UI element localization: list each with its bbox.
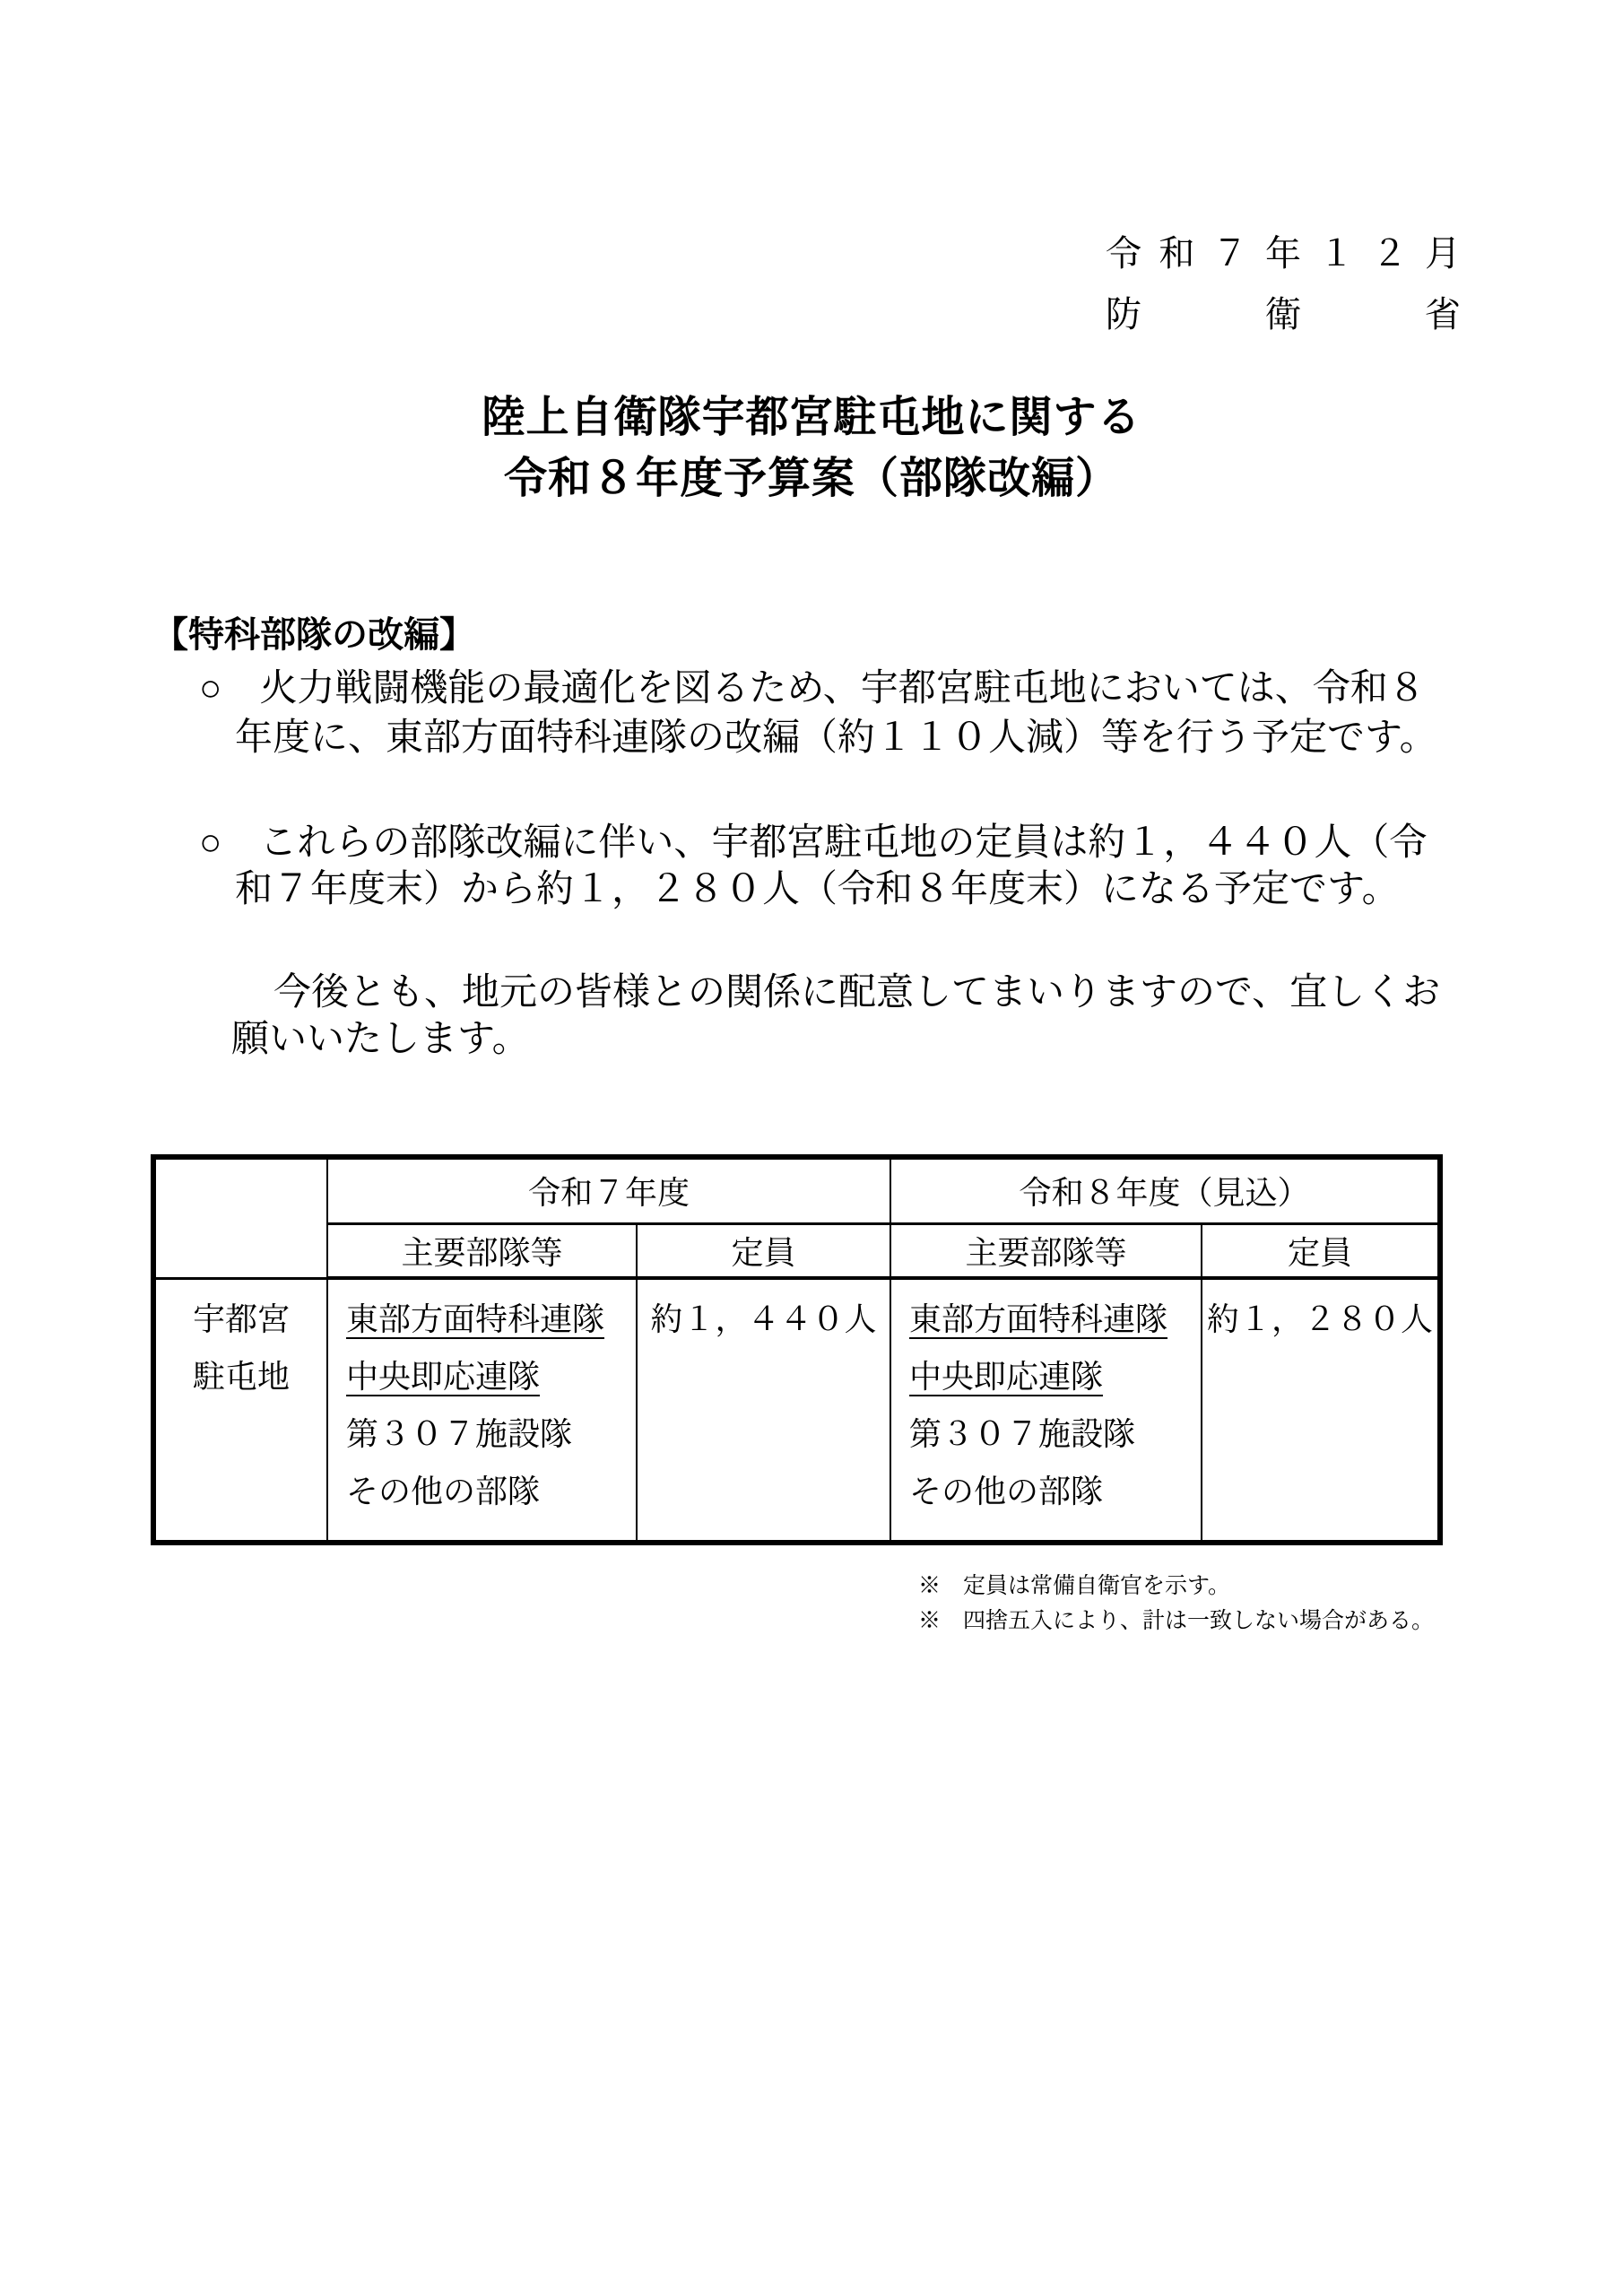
unit-name: 第３０７施設隊 — [346, 1405, 636, 1463]
bullet-2-line-1: ○ これらの部隊改編に伴い、宇都宮駐屯地の定員は約１，４４０人（令 — [199, 822, 1427, 865]
unit-name: その他の部隊 — [346, 1463, 636, 1520]
budget-table: 令和７年度 令和８年度（見込） 主要部隊等 定員 主要部隊等 定員 宇都宮 駐屯… — [151, 1154, 1443, 1545]
r7-units-subheader: 主要部隊等 — [327, 1223, 637, 1278]
closing-line-2: 願いいたします。 — [231, 1018, 530, 1061]
footnote-2: ※ 四捨五入により、計は一致しない場合がある。 — [918, 1607, 1434, 1636]
unit-name: 中央即応連隊 — [346, 1348, 636, 1405]
r7-capacity-cell: 約１，４４０人 — [637, 1278, 890, 1543]
r8-units-cell: 東部方面特科連隊 中央即応連隊 第３０７施設隊 その他の部隊 — [890, 1278, 1202, 1543]
r8-capacity-subheader: 定員 — [1202, 1223, 1440, 1278]
unit-name: 東部方面特科連隊 — [346, 1291, 636, 1348]
r7-year-header: 令和７年度 — [327, 1157, 890, 1223]
footnote-1: ※ 定員は常備自衛官を示す。 — [918, 1572, 1230, 1601]
bullet-2-line-2: 和７年度末）から約１，２８０人（令和８年度末）になる予定です。 — [235, 868, 1400, 911]
r8-capacity-cell: 約１，２８０人 — [1202, 1278, 1440, 1543]
bullet-1-line-2: 年度に、東部方面特科連隊の改編（約１１０人減）等を行う予定です。 — [235, 717, 1437, 760]
unit-name: 第３０７施設隊 — [909, 1405, 1201, 1463]
table-corner-cell — [153, 1157, 327, 1278]
section-heading: 【特科部隊の改編】 — [152, 615, 475, 655]
unit-name: 東部方面特科連隊 — [909, 1291, 1201, 1348]
r8-units-subheader: 主要部隊等 — [890, 1223, 1202, 1278]
document-page: 令 和 ７ 年 １ ２ 月 防 衛 省 陸上自衛隊宇都宮駐屯地に関する 令和８年… — [0, 0, 1623, 2296]
closing-line-1: 今後とも、地元の皆様との関係に配意してまいりますので、宜しくお — [273, 971, 1440, 1014]
r8-year-header: 令和８年度（見込） — [890, 1157, 1440, 1223]
r7-units-cell: 東部方面特科連隊 中央即応連隊 第３０７施設隊 その他の部隊 — [327, 1278, 637, 1543]
doc-title-line-1: 陸上自衛隊宇都宮駐屯地に関する — [0, 395, 1623, 441]
doc-title-line-2: 令和８年度予算案（部隊改編） — [0, 456, 1623, 502]
garrison-row-header: 宇都宮 駐屯地 — [153, 1278, 327, 1543]
unit-name: 中央即応連隊 — [909, 1348, 1201, 1405]
garrison-name-line-2: 駐屯地 — [157, 1348, 325, 1405]
r7-capacity-subheader: 定員 — [637, 1223, 890, 1278]
ministry-line: 防 衛 省 — [1106, 294, 1461, 335]
garrison-name-line-1: 宇都宮 — [157, 1291, 325, 1348]
date-line: 令 和 ７ 年 １ ２ 月 — [1106, 233, 1461, 274]
unit-name: その他の部隊 — [909, 1463, 1201, 1520]
bullet-1-line-1: ○ 火力戦闘機能の最適化を図るため、宇都宮駐屯地においては、令和８ — [199, 667, 1426, 710]
